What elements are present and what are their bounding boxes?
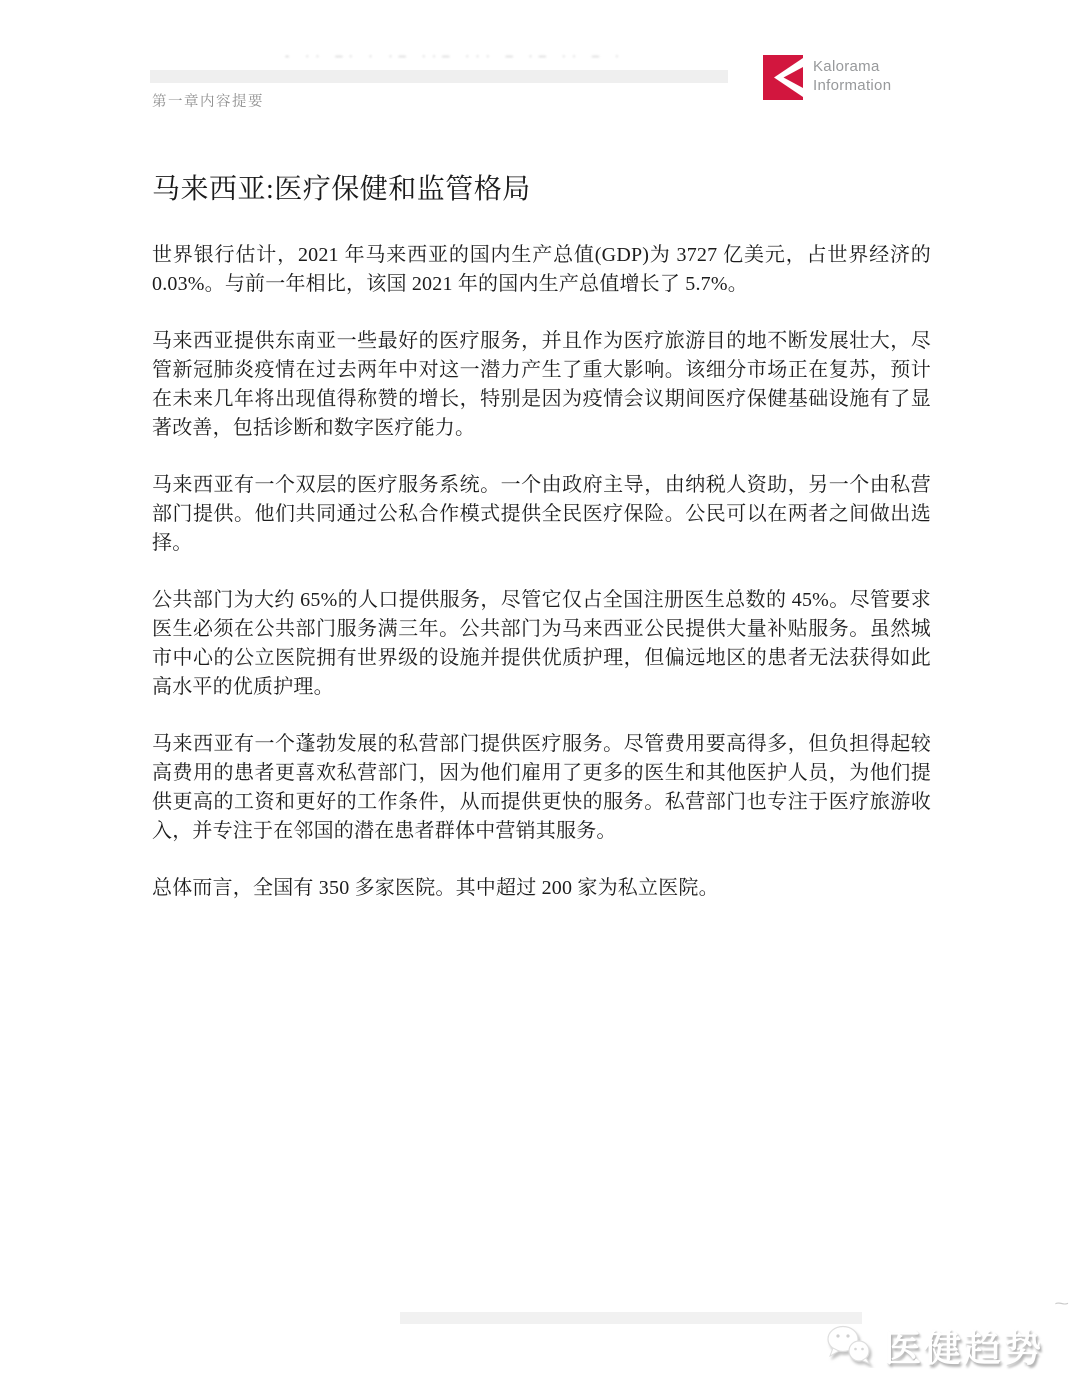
- paragraph-public-sector: 公共部门为大约 65%的人口提供服务，尽管它仅占全国注册医生总数的 45%。尽管…: [152, 586, 931, 702]
- document-page: - ·· –· · ·– ··– ··· – ·– ·· – · 第一章内容提要…: [0, 0, 1080, 1396]
- paragraph-gdp: 世界银行估计，2021 年马来西亚的国内生产总值(GDP)为 3727 亿美元，…: [152, 241, 931, 299]
- faded-header-text: - ·· –· · ·– ··– ··· – ·– ·· – ·: [285, 48, 825, 63]
- paragraph-medical-tourism: 马来西亚提供东南亚一些最好的医疗服务，并且作为医疗旅游目的地不断发展壮大，尽管新…: [152, 327, 931, 443]
- logo-line2: Information: [813, 76, 891, 95]
- paragraph-private-sector: 马来西亚有一个蓬勃发展的私营部门提供医疗服务。尽管费用要高得多，但负担得起较高费…: [152, 730, 931, 846]
- page-title: 马来西亚:医疗保健和监管格局: [152, 167, 931, 207]
- logo-line1: Kalorama: [813, 57, 891, 76]
- header-divider-bar: [150, 70, 728, 83]
- kalorama-k-icon: [763, 55, 803, 100]
- paragraph-two-tier-system: 马来西亚有一个双层的医疗服务系统。一个由政府主导，由纳税人资助，另一个由私营部门…: [152, 471, 931, 558]
- chapter-label: 第一章内容提要: [152, 90, 264, 111]
- watermark-shadow-artifact: ~: [1054, 1296, 1069, 1314]
- watermark-text: 医健趋势: [884, 1318, 1044, 1372]
- kalorama-logo: Kalorama Information: [763, 55, 891, 100]
- footer-divider-bar: [400, 1312, 862, 1324]
- wechat-icon: [824, 1322, 876, 1368]
- paragraph-hospital-count: 总体而言，全国有 350 多家医院。其中超过 200 家为私立医院。: [152, 874, 931, 903]
- wechat-watermark: 医健趋势: [824, 1318, 1044, 1372]
- kalorama-logo-text: Kalorama Information: [813, 57, 891, 95]
- document-content: 马来西亚:医疗保健和监管格局 世界银行估计，2021 年马来西亚的国内生产总值(…: [152, 167, 931, 931]
